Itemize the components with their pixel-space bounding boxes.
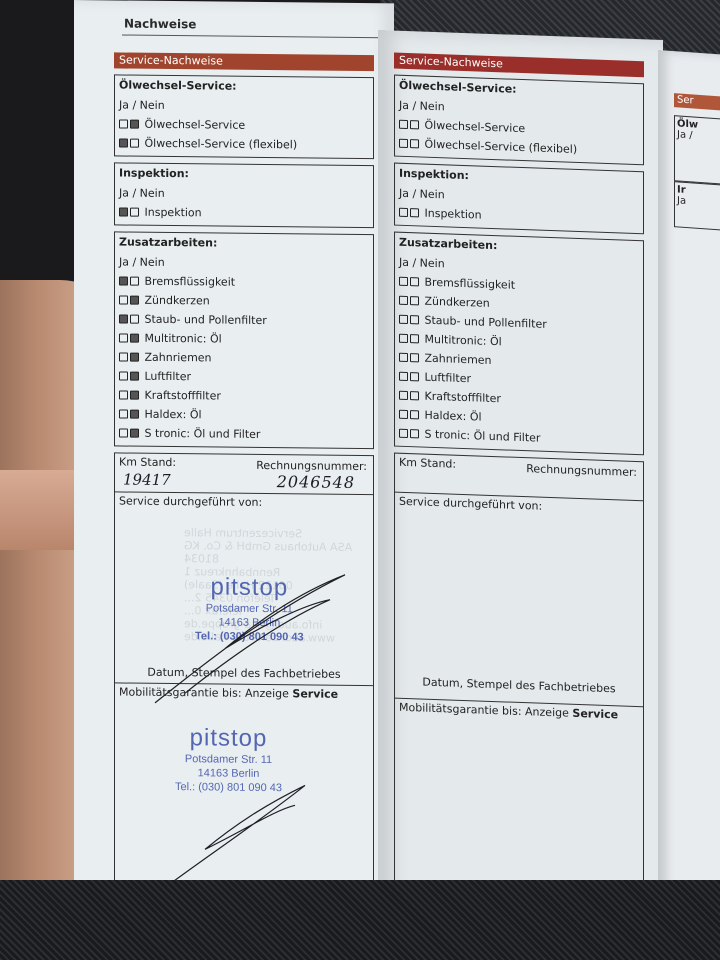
ja-checkbox[interactable] xyxy=(119,333,128,342)
checklist-item: Kraftstofffilter xyxy=(119,385,367,407)
ja-checkbox[interactable] xyxy=(119,295,128,304)
car-seat-background xyxy=(0,880,720,960)
chapter-rule xyxy=(122,35,392,39)
ja-checkbox[interactable] xyxy=(119,138,128,147)
nein-checkbox[interactable] xyxy=(130,334,139,343)
nein-checkbox[interactable] xyxy=(130,139,139,148)
service-by-footer: Datum, Stempel des Fachbetriebes xyxy=(115,665,373,681)
checklist-label: Inspektion xyxy=(145,206,202,220)
checklist-label: Haldex: Öl xyxy=(145,408,202,422)
nein-checkbox[interactable] xyxy=(130,429,139,438)
service-by-footer: Datum, Stempel des Fachbetriebes xyxy=(395,675,643,697)
nein-checkbox[interactable] xyxy=(410,410,419,419)
checklist-label: Ölwechsel-Service (flexibel) xyxy=(425,138,578,156)
stamp-phone: Tel.: (030) 801 090 43 xyxy=(175,780,282,795)
yes-no-label: Ja / xyxy=(677,129,720,144)
yes-no-label: Ja xyxy=(677,195,720,210)
checklist-item: Haldex: Öl xyxy=(119,404,367,426)
nein-checkbox[interactable] xyxy=(410,429,419,438)
service-details-box: Km Stand: Rechnungsnummer: Service durch… xyxy=(394,453,644,924)
ja-checkbox[interactable] xyxy=(119,371,128,380)
checklist-label: Staub- und Pollenfilter xyxy=(425,314,547,331)
checklist-label: Zündkerzen xyxy=(145,294,210,308)
inspection-heading: Inspektion: xyxy=(119,166,367,182)
checklist-label: Ölwechsel-Service xyxy=(145,118,246,132)
nein-checkbox[interactable] xyxy=(410,208,419,217)
checklist-item: S tronic: Öl und Filter xyxy=(119,423,367,445)
audi-workshop-stamp: pitstop Potsdamer Str. 11 14163 Berlin T… xyxy=(175,724,282,795)
ja-checkbox[interactable] xyxy=(119,207,128,216)
checklist-item: Ölwechsel-Service (flexibel) xyxy=(119,133,367,155)
section-banner: Service-Nachweise xyxy=(114,52,374,71)
service-by-label: Service durchgeführt von: xyxy=(399,495,542,513)
checklist-label: S tronic: Öl und Filter xyxy=(425,428,541,445)
invoice-value-handwritten: 2046548 xyxy=(277,472,355,492)
stamp-street: Potsdamer Str. 11 xyxy=(175,752,282,767)
checklist-label: Multitronic: Öl xyxy=(145,332,222,346)
service-by-label: Service durchgeführt von: xyxy=(119,494,262,509)
service-details-box: Km Stand: Rechnungsnummer: 19417 2046548… xyxy=(114,452,374,902)
checklist-item: Ölwechsel-Service xyxy=(119,114,367,136)
ja-checkbox[interactable] xyxy=(119,390,128,399)
checklist-label: Multitronic: Öl xyxy=(425,333,502,349)
checklist-item: Zündkerzen xyxy=(119,290,367,312)
ja-checkbox[interactable] xyxy=(119,409,128,418)
workshop-stamp: pitstop Potsdamer Str. 11 14163 Berlin T… xyxy=(195,573,304,644)
ja-checkbox[interactable] xyxy=(399,429,408,438)
checklist-label: Zündkerzen xyxy=(425,295,490,310)
ja-checkbox[interactable] xyxy=(119,314,128,323)
nein-checkbox[interactable] xyxy=(130,120,139,129)
section-banner: Service-Nachweise xyxy=(394,53,644,78)
nein-checkbox[interactable] xyxy=(410,120,419,129)
ja-checkbox[interactable] xyxy=(399,353,408,362)
nein-checkbox[interactable] xyxy=(410,139,419,148)
section-banner: Ser xyxy=(674,93,720,111)
stamp-city: 14163 Berlin xyxy=(175,766,282,781)
oil-service-heading: Ölwechsel-Service: xyxy=(119,78,367,94)
checklist-label: Bremsflüssigkeit xyxy=(425,276,516,292)
checklist-label: Kraftstofffilter xyxy=(425,390,501,406)
checklist-label: Luftfilter xyxy=(425,371,472,386)
ja-checkbox[interactable] xyxy=(399,372,408,381)
ja-checkbox[interactable] xyxy=(399,334,408,343)
nein-checkbox[interactable] xyxy=(130,353,139,362)
ja-checkbox[interactable] xyxy=(399,208,408,217)
checklist-item: Staub- und Pollenfilter xyxy=(119,309,367,331)
extra-work-heading: Zusatzarbeiten: xyxy=(119,235,367,251)
oil-service-box: Ölw Ja / xyxy=(674,115,720,186)
stamp-brand: pitstop xyxy=(195,573,304,602)
inspection-box: Ir Ja xyxy=(674,181,720,232)
yes-no-label: Ja / Nein xyxy=(119,183,367,205)
checklist-label: Ölwechsel-Service (flexibel) xyxy=(145,137,298,152)
stamp-city: 14163 Berlin xyxy=(195,615,304,630)
checklist-item: Inspektion xyxy=(119,202,367,224)
checklist-label: Zahnriemen xyxy=(425,352,492,367)
ja-checkbox[interactable] xyxy=(119,276,128,285)
nein-checkbox[interactable] xyxy=(410,296,419,305)
stamp-phone: Tel.: (030) 801 090 43 xyxy=(195,629,304,644)
service-by-area: Service durchgeführt von: Datum, Stempel… xyxy=(395,493,643,708)
ja-checkbox[interactable] xyxy=(119,428,128,437)
checklist-label: Zahnriemen xyxy=(145,351,212,365)
checklist-label: Luftfilter xyxy=(145,370,192,383)
checklist-item: Multitronic: Öl xyxy=(119,328,367,350)
mobility-guarantee-area: Mobilitätsgarantie bis: Anzeige Service … xyxy=(115,683,373,901)
checklist-label: Inspektion xyxy=(425,207,482,222)
km-invoice-row: Km Stand: Rechnungsnummer: 19417 2046548 xyxy=(115,453,373,495)
invoice-label: Rechnungsnummer: xyxy=(256,459,367,473)
ja-checkbox[interactable] xyxy=(399,120,408,129)
left-page: Nachweise Servicezentrum HalleASA Autoha… xyxy=(74,0,394,933)
service-by-area: Service durchgeführt von: pitstop Potsda… xyxy=(115,492,373,686)
stamp-brand: pitstop xyxy=(175,724,282,753)
nein-checkbox[interactable] xyxy=(410,391,419,400)
next-page-edge: Ser Ölw Ja / Ir Ja xyxy=(658,50,720,935)
ja-checkbox[interactable] xyxy=(399,277,408,286)
oil-service-box: Ölwechsel-Service: Ja / Nein Ölwechsel-S… xyxy=(114,74,374,159)
mobility-label-text: Mobilitätsgarantie bis: Anzeige xyxy=(399,701,569,720)
oil-service-box: Ölwechsel-Service: Ja / Nein Ölwechsel-S… xyxy=(394,75,644,166)
nein-checkbox[interactable] xyxy=(130,208,139,217)
chapter-title: Nachweise xyxy=(124,17,196,32)
mobility-label-bold: Service xyxy=(572,707,618,722)
yes-no-label: Ja / Nein xyxy=(119,95,367,117)
nein-checkbox[interactable] xyxy=(130,372,139,381)
service-record-left: Service-Nachweise Ölwechsel-Service: Ja … xyxy=(114,52,374,902)
nein-checkbox[interactable] xyxy=(410,372,419,381)
mobility-label-bold: Service xyxy=(292,687,338,700)
nein-checkbox[interactable] xyxy=(410,315,419,324)
checklist-label: Staub- und Pollenfilter xyxy=(145,313,267,327)
nein-checkbox[interactable] xyxy=(130,315,139,324)
ja-checkbox[interactable] xyxy=(119,119,128,128)
mobility-label: Mobilitätsgarantie bis: Anzeige Service xyxy=(119,685,338,700)
invoice-label: Rechnungsnummer: xyxy=(526,462,637,479)
nein-checkbox[interactable] xyxy=(130,296,139,305)
checklist-label: Kraftstofffilter xyxy=(145,389,221,403)
stamp-street: Potsdamer Str. 11 xyxy=(195,601,304,616)
nein-checkbox[interactable] xyxy=(410,334,419,343)
mobility-label-text: Mobilitätsgarantie bis: Anzeige xyxy=(119,685,289,700)
km-label: Km Stand: xyxy=(119,455,176,469)
ja-checkbox[interactable] xyxy=(399,391,408,400)
inspection-box: Inspektion: Ja / Nein Inspektion xyxy=(394,163,644,235)
km-label: Km Stand: xyxy=(399,456,456,471)
checklist-label: Ölwechsel-Service xyxy=(425,119,526,136)
ja-checkbox[interactable] xyxy=(399,410,408,419)
checklist-item: Luftfilter xyxy=(119,366,367,388)
nein-checkbox[interactable] xyxy=(130,277,139,286)
checklist-label: Bremsflüssigkeit xyxy=(145,275,236,289)
checklist-label: S tronic: Öl und Filter xyxy=(145,427,261,441)
ja-checkbox[interactable] xyxy=(399,139,408,148)
extra-work-box: Zusatzarbeiten: Ja / Nein Bremsflüssigke… xyxy=(114,231,374,449)
ja-checkbox[interactable] xyxy=(399,315,408,324)
service-record-right: Service-Nachweise Ölwechsel-Service: Ja … xyxy=(394,53,644,924)
nein-checkbox[interactable] xyxy=(410,277,419,286)
nein-checkbox[interactable] xyxy=(130,391,139,400)
km-value-handwritten: 19417 xyxy=(123,471,171,489)
ja-checkbox[interactable] xyxy=(119,352,128,361)
ja-checkbox[interactable] xyxy=(399,296,408,305)
right-page: Service-Nachweise Ölwechsel-Service: Ja … xyxy=(378,30,663,940)
nein-checkbox[interactable] xyxy=(130,410,139,419)
checklist-item: Bremsflüssigkeit xyxy=(119,271,367,293)
nein-checkbox[interactable] xyxy=(410,353,419,362)
checklist-item: Zahnriemen xyxy=(119,347,367,369)
checklist-label: Haldex: Öl xyxy=(425,409,482,424)
inspection-box: Inspektion: Ja / Nein Inspektion xyxy=(114,162,374,228)
extra-work-box: Zusatzarbeiten: Ja / Nein Bremsflüssigke… xyxy=(394,232,644,456)
yes-no-label: Ja / Nein xyxy=(119,252,367,274)
